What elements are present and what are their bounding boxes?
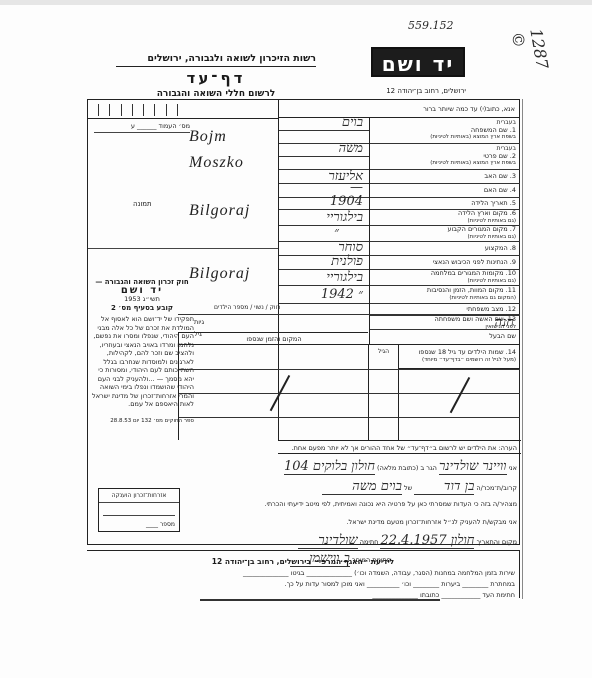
spouse-nationality-label: גיות [194, 318, 204, 326]
bottom-title: לידיעת ״האגף המרפי״ בירושלים, רחוב בן־יה… [87, 551, 519, 566]
q1-answer-hebrew: בוים [342, 114, 363, 130]
q1-answer-latin: Bojm [189, 128, 279, 146]
bottom-line-3: חתימת העד ____________ כתובתו __________… [372, 591, 515, 599]
side-annotation: 1287 © [508, 27, 556, 93]
place-date-line: מקום והתאריך חולון 22.4.1957 חתימה שולדי… [298, 532, 517, 549]
q9-answer: פולנית [331, 253, 363, 269]
q6-label: 6. מקום וארץ הלידה (גם באותיות לטיניות) [370, 210, 520, 226]
declarant-name: וויינר שולדינר [439, 458, 507, 475]
children-note: הערה: את הילדים יש לרשום ב״דף־עד״ של אחד… [278, 440, 521, 454]
instructions: אנא, כתוב(י) עד כמה שיותר ברור [279, 100, 520, 118]
q7-label: 7. מקום המגורים הקבוע (גם באותיות לטיניו… [370, 226, 520, 242]
form-subtitle: לרשום חללי השואה והגבורה [116, 89, 316, 99]
q7-answer: ״ [334, 224, 339, 240]
q11-label: 11. מקום המוות, הזמן והנסיבות (המקום גם … [370, 286, 520, 304]
yad-vashem-logo: יד ושם [371, 47, 465, 77]
q13-answer: חנה [219, 314, 514, 330]
form-frame: מס׳ העמוד ______ ע תמונה חוק זכרון השואה… [87, 99, 520, 545]
marital-status-options: רווק / נשוי / מספר הילדים [214, 304, 281, 311]
q2-answer-hebrew: משה [338, 140, 363, 156]
declarant-line: אני וויינר שולדינר הגר ב (כתובת מלאה) חו… [284, 458, 517, 475]
q3-label: 3. שם האב [370, 170, 520, 184]
q10-answer-hebrew: בילגוריי [326, 269, 363, 285]
q5-answer: 1904 [330, 194, 363, 209]
place-date-value: חולון 22.4.1957 [380, 532, 474, 549]
q10-answer-latin: Bilgoraj [189, 265, 279, 283]
q6-answer-latin: Bilgoraj [189, 202, 279, 220]
signature-value: שולדינר [298, 532, 358, 549]
q6-answer-hebrew: בילגוריי [326, 209, 363, 225]
bottom-section: לידיעת ״האגף המרפי״ בירושלים, רחוב בן־יה… [87, 550, 520, 598]
relation-of-name: בוים משה [322, 478, 402, 495]
husband-name-label: שם הבעל [370, 330, 520, 344]
testimony-page: 559.152 1287 © רשות הזיכרון לשואה ולגבור… [0, 5, 592, 678]
declarant-address: חולון בלוקים 104 [284, 458, 375, 475]
logo-address: ירושלים, רחוב בן־יהודה 12 [370, 87, 466, 95]
q2-answer-latin: Moszko [189, 154, 279, 172]
relation-line: קרוב/ת־מכר/ה בן דוד של בוים משה [322, 478, 517, 495]
children-place-table: המקום והזמן שנספו [178, 332, 368, 440]
q10-label: 10. מקומות המגורים במלחמה (גם באותיות לט… [370, 270, 520, 286]
q4-label: 4. שם האם [370, 184, 520, 198]
bottom-line-2: במחתרת ________ ביערות ________ וכו׳ ___… [285, 580, 515, 588]
photo-placeholder: תמונה [133, 200, 152, 208]
archive-number: 559.152 [408, 19, 454, 32]
strike-mark [450, 377, 470, 413]
form-title: דף־עד [116, 69, 316, 87]
q8-label: 8. המקצוע [370, 242, 520, 256]
memorial-citizenship-box: אזרחות־זכרון הוענקה מספר ____ [98, 488, 180, 532]
q9-label: 9. הנתינות לפני הכיבוש הנאצי [370, 256, 520, 270]
children-question: 14. שמות הילדים עד גיל 18 שנספו (מעל לגי… [399, 345, 520, 369]
registration-ticks [98, 104, 178, 116]
questions-column: אנא, כתוב(י) עד כמה שיותר ברור בעברית 1.… [279, 100, 520, 440]
law-name: יד ושם [90, 287, 194, 296]
memorial-box-title: אזרחות־זכרון הוענקה [99, 489, 179, 503]
place-time-header: המקום והזמן שנספו [179, 333, 369, 345]
page-number-label: מס׳ העמוד ______ ע [94, 122, 190, 130]
relation-value: בן דוד [414, 478, 474, 495]
organization-name: רשות הזיכרון לשואה ולגבורה, ירושלים [116, 53, 316, 67]
request-statement: אני מבקש/ת להעניק לנ״ל אזרחות־זכרון מטעם… [346, 518, 517, 526]
q11-answer: ״ 1942 [321, 286, 363, 302]
memorial-box-number: מספר ____ [146, 521, 175, 528]
q4-answer: — [350, 180, 363, 195]
truth-statement: מצהיר/ה בזה כי העדות שמסרתי כאן על פרטיה… [264, 500, 517, 508]
q2-label: בעברית 2. שם פרטי בשפת ארץ המוצא (באותיו… [370, 144, 520, 170]
q1-label: בעברית 1. שם המשפחה בשפת ארץ המוצא (באות… [370, 118, 520, 144]
bottom-line-1: שירות בזמן המלחמה במחנות (הסגר, עבודה, ה… [243, 569, 515, 577]
